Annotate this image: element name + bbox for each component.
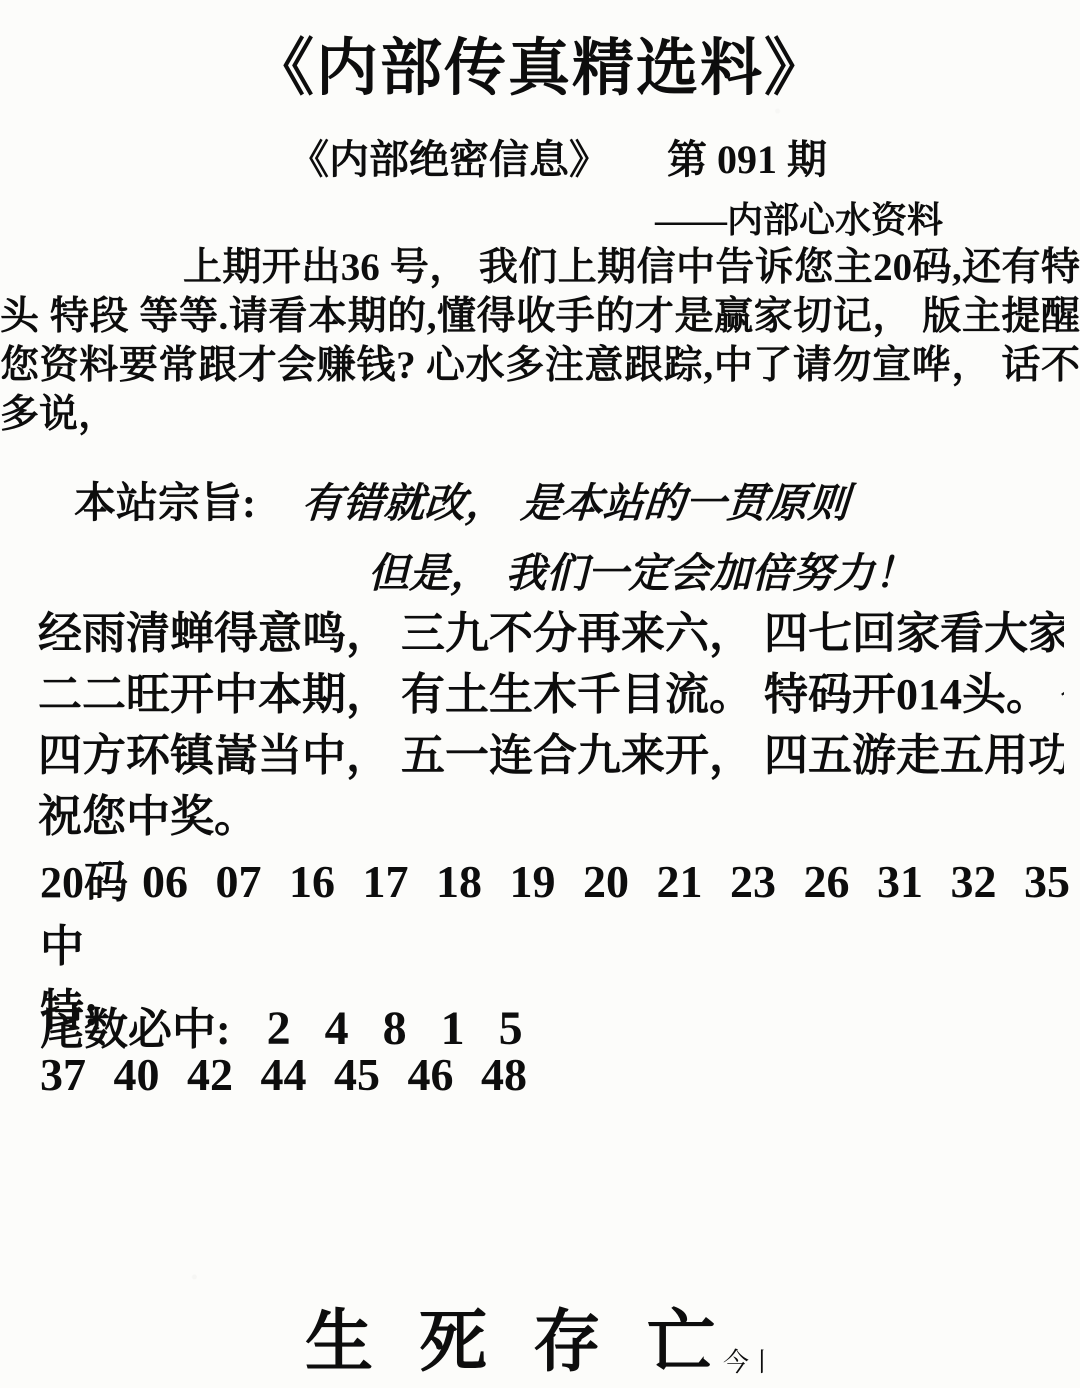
tip-poem: 经雨清蝉得意鸣， 三九不分再来六， 四七回家看大家， 湖里鱼儿二三条 二二旺开中… [38,603,1064,847]
issue-subtitle: 《内部绝密信息》 [289,128,609,185]
picks-numbers-row-1: 06 07 16 17 18 19 20 21 23 26 31 32 35 [142,850,1070,914]
motto-handwritten-line-1: 有错就改， 是本站的一贯原则 [300,470,851,529]
intro-paragraph: 上期开出36 号， 我们上期信中告诉您主20码,还有特 头 特段 等等.请看本期… [0,243,1080,439]
picks-section: 20码中特: 06 07 16 17 18 19 20 21 23 26 31 … [40,850,1070,1107]
motto-handwritten-line-2: 但是， 我们一定会加倍努力！ [368,549,915,597]
motto-row-2: 但是， 我们一定会加倍努力！ [368,540,915,599]
footer-calligraphy-row: 生死存亡今丨 [0,1288,1080,1385]
poem-line-3: 四方环镇嵩当中， 五一连合九来开， 四五游走五用功， 二十三三上面飘 [38,725,1064,786]
footer-calligraphy: 生死存亡 [305,1304,761,1380]
poem-line-4: 祝您中奖。 [38,786,1064,847]
footer-small-mark: 今丨 [723,1348,775,1377]
fax-sheet: 《内部传真精选料》 《内部绝密信息》 第 091 期 ——内部心水资料 上期开出… [0,0,1080,1388]
issue-line: 《内部绝密信息》 第 091 期 [18,128,1080,185]
poem-line-1: 经雨清蝉得意鸣， 三九不分再来六， 四七回家看大家， 湖里鱼儿二三条 [38,603,1064,664]
poem-line-2: 二二旺开中本期， 有土生木千目流。 特码开014头。 今期特段18到43， [38,664,1064,725]
intro-line-4: 多说， [0,390,1080,439]
intro-line-3: 您资料要常跟才会赚钱? 心水多注意跟踪,中了请勿宣哗， 话不 [0,341,1080,390]
motto-label: 本站宗旨: [74,470,256,530]
issue-number: 第 091 期 [667,128,827,185]
tagline: ——内部心水资料 [655,192,943,243]
tails-digits: 2 4 8 1 5 [267,1001,523,1056]
tails-section: 尾数必中: 2 4 8 1 5 [40,993,523,1057]
motto-row: 本站宗旨: 有错就改， 是本站的一贯原则 [74,470,849,530]
page-title: 《内部传真精选料》 [0,18,1080,107]
tails-label: 尾数必中: [40,993,231,1057]
intro-line-1: 上期开出36 号， 我们上期信中告诉您主20码,还有特 [0,243,1080,292]
intro-line-2: 头 特段 等等.请看本期的,懂得收手的才是赢家切记， 版主提醒 [0,292,1080,341]
